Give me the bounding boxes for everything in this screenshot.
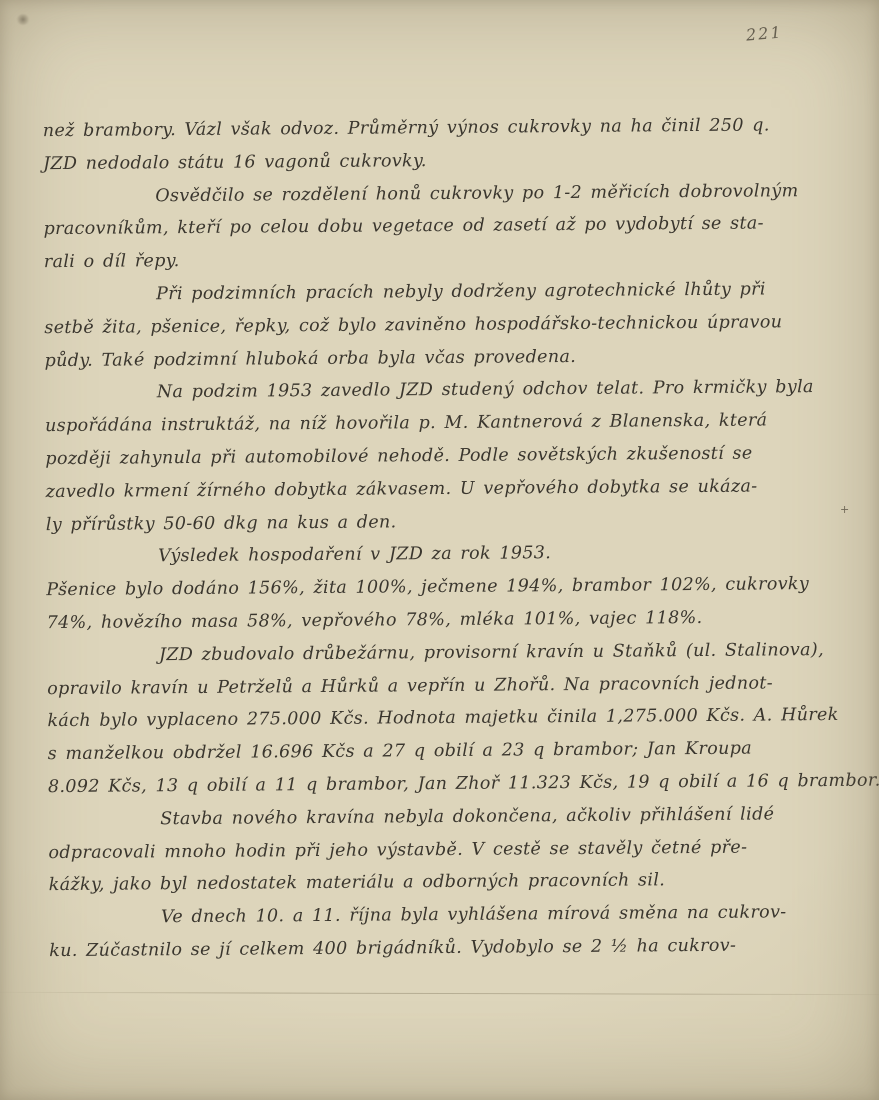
paper-crease-line xyxy=(0,992,879,995)
cross-mark: + xyxy=(840,503,849,516)
scanned-page: 221 než brambory. Vázl však odvoz. Průmě… xyxy=(0,0,879,1100)
handwritten-line: pracovníkům, kteří po celou dobu vegetac… xyxy=(43,207,839,246)
handwritten-line: zavedlo krmení žírného dobytka zákvasem.… xyxy=(45,470,841,509)
ink-smudge xyxy=(16,14,30,25)
handwritten-line: setbě žita, pšenice, řepky, což bylo zav… xyxy=(44,306,840,345)
handwritten-line: odpracovali mnoho hodin při jeho výstavb… xyxy=(48,830,844,869)
handwriting-block: než brambory. Vázl však odvoz. Průměrný … xyxy=(43,109,846,968)
handwritten-line: ku. Zúčastnilo se jí celkem 400 brigádní… xyxy=(49,929,845,968)
handwritten-line: Pšenice bylo dodáno 156%, žita 100%, ječ… xyxy=(46,568,842,607)
handwritten-line: než brambory. Vázl však odvoz. Průměrný … xyxy=(43,109,839,148)
page-number: 221 xyxy=(746,22,784,44)
